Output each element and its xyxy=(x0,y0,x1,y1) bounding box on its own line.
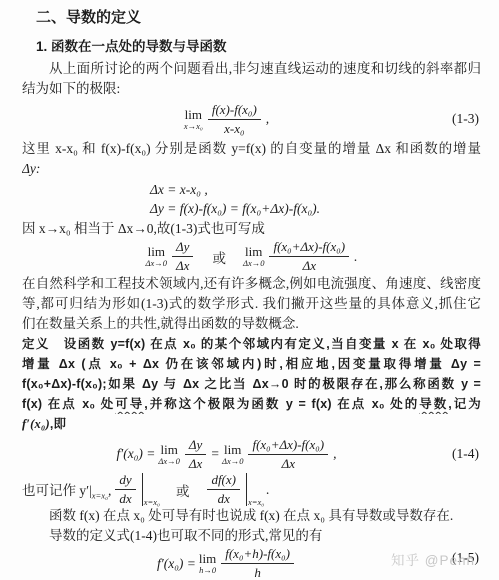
science-paragraph-line-2: 等,都可归结为形如(1-3)式的数学形式. 我们撇开这些量的具体意义,抓住它 xyxy=(22,294,481,314)
evaluation-bar: x=x₀ xyxy=(246,473,264,506)
definition-text: ,并称这个极限为函数 y = f(x) 在点 x₀ 处的 xyxy=(144,397,419,411)
equals-sign: = xyxy=(211,446,219,462)
limit-operator: limx→x₀ xyxy=(184,108,203,131)
limit-operator: limΔx→0 xyxy=(243,245,265,268)
fraction: f(x₀+Δx)-f(x₀)Δx xyxy=(269,239,349,274)
differentiable-paragraph-line: 函数 f(x) 在点 x₀ 处可导有时也说成 f(x) 在点 x₀ 具有导数或导… xyxy=(22,506,481,526)
equation-1-3: limx→x₀ f(x)-f(x₀)x-x₀ , (1-3) xyxy=(22,101,481,137)
subscript-x-equals-x0: x=x₀ xyxy=(144,497,160,507)
limit-operator: limh→0 xyxy=(199,552,216,575)
intro-paragraph-line-1: 从上面所讨论的两个问题看出,非匀速直线运动的速度和切线的斜率都归 xyxy=(22,59,481,79)
delta-x-equation: Δx = x-x₀ , xyxy=(150,180,481,199)
equation-1-4-body: f′(x₀) = limΔx→0 ΔyΔx = limΔx→0 f(x₀+Δx)… xyxy=(22,437,431,472)
derivative-lhs: f′(x₀) = xyxy=(157,556,196,572)
delta-y-equation: Δy = f(x)-f(x₀) = f(x₀+Δx)-f(x₀). xyxy=(150,199,481,218)
fraction: ΔyΔx xyxy=(185,437,206,472)
subscript-x-equals-x0: x=x₀ xyxy=(92,490,108,500)
definition-line-2: 增量 Δx (点 x₀ + Δx 仍在该邻域内)时,相应地,因变量取得增量 Δy… xyxy=(22,354,481,374)
intro-paragraph-line-2: 结为如下的极限: xyxy=(22,79,481,99)
equation-number-1-4: (1-4) xyxy=(431,446,481,462)
equation-1-4: f′(x₀) = limΔx→0 ΔyΔx = limΔx→0 f(x₀+Δx)… xyxy=(22,436,481,472)
trailing-period: . xyxy=(266,482,269,498)
alternate-limit-body: limΔx→0 ΔyΔx 或 limΔx→0 f(x₀+Δx)-f(x₀)Δx … xyxy=(22,239,481,274)
subscript-x-equals-x0: x=x₀ xyxy=(248,497,264,507)
subsection-heading: 1. 函数在一点处的导数与导函数 xyxy=(36,37,481,56)
fraction: f(x₀+Δx)-f(x₀)Δx xyxy=(248,437,328,472)
rewrite-paragraph-line: 因 x→x₀ 相当于 Δx→0,故(1-3)式也可写成 xyxy=(22,219,481,239)
fraction: f(x₀+h)-f(x₀)h xyxy=(221,546,294,580)
trailing-comma: , xyxy=(266,111,269,127)
vertical-bar xyxy=(246,473,247,506)
definition-line-4: f(x) 在点 x₀ 处可导,并称这个极限为函数 y = f(x) 在点 x₀ … xyxy=(22,394,481,414)
notation-line: 也可记作 y′|x=x₀, dydx x=x₀ 或 df(x)dx x=x₀ . xyxy=(22,474,481,505)
limit-operator: limΔx→0 xyxy=(222,443,244,466)
textbook-page: 二、导数的定义 1. 函数在一点处的导数与导函数 从上面所讨论的两个问题看出,非… xyxy=(0,0,499,580)
derivative-lhs: f′(x₀) = xyxy=(117,446,156,462)
fraction: ΔyΔx xyxy=(172,239,193,274)
term-derivative: 导数 xyxy=(419,397,448,411)
term-differentiable: 可导 xyxy=(115,397,144,411)
increments-paragraph-line-2: Δy: xyxy=(22,159,481,179)
or-word: 或 xyxy=(176,480,190,500)
equation-number-1-3: (1-3) xyxy=(431,111,481,127)
derivative-symbol: f′(x₀) xyxy=(22,417,50,431)
definition-line-5: f′(x₀),即 xyxy=(22,414,481,434)
notation-prefix: 也可记作 y′|x=x₀, xyxy=(22,479,111,501)
definition-text: ,记为 xyxy=(448,397,481,411)
increments-paragraph-line-1: 这里 x-x₀ 和 f(x)-f(x₀) 分别是函数 y=f(x) 的自变量的增… xyxy=(22,139,481,159)
limit-operator: limΔx→0 xyxy=(158,443,180,466)
science-paragraph-line-1: 在自然科学和工程技术领域内,还有许多概念,例如电流强度、角速度、线密度 xyxy=(22,274,481,294)
equation-1-3-body: limx→x₀ f(x)-f(x₀)x-x₀ , xyxy=(22,102,431,137)
limit-operator: limΔx→0 xyxy=(146,245,168,268)
definition-text: ,即 xyxy=(50,417,66,431)
trailing-period: . xyxy=(354,249,357,265)
equation-1-5-body: f′(x₀) = limh→0 f(x₀+h)-f(x₀)h xyxy=(22,546,431,580)
delta-equations: Δx = x-x₀ , Δy = f(x)-f(x₀) = f(x₀+Δx)-f… xyxy=(150,180,481,218)
or-word: 或 xyxy=(212,247,226,267)
df-dx-fraction: df(x)dx xyxy=(207,472,240,507)
trailing-comma: , xyxy=(333,446,336,462)
evaluation-bar: x=x₀ xyxy=(142,473,160,506)
vertical-bar xyxy=(142,473,143,506)
science-paragraph-line-3: 们在数量关系上的共性,就得出函数的导数概念. xyxy=(22,314,481,334)
alternate-limit-expression: limΔx→0 ΔyΔx 或 limΔx→0 f(x₀+Δx)-f(x₀)Δx … xyxy=(22,240,481,273)
definition-line-3: f(x₀+Δx)-f(x₀);如果 Δy 与 Δx 之比当 Δx→0 时的极限存… xyxy=(22,374,481,394)
dy-dx-fraction: dydx xyxy=(115,472,135,507)
zhihu-watermark: 知乎 @Penn xyxy=(391,549,475,569)
definition-text: f(x) 在点 x₀ 处 xyxy=(22,397,115,411)
forms-paragraph-line: 导数的定义式(1-4)也可取不同的形式,常见的有 xyxy=(22,526,481,546)
fraction: f(x)-f(x₀)x-x₀ xyxy=(208,102,261,137)
section-heading: 二、导数的定义 xyxy=(36,8,481,27)
definition-line-1: 定义 设函数 y=f(x) 在点 x₀ 的某个邻域内有定义,当自变量 x 在 x… xyxy=(22,334,481,354)
